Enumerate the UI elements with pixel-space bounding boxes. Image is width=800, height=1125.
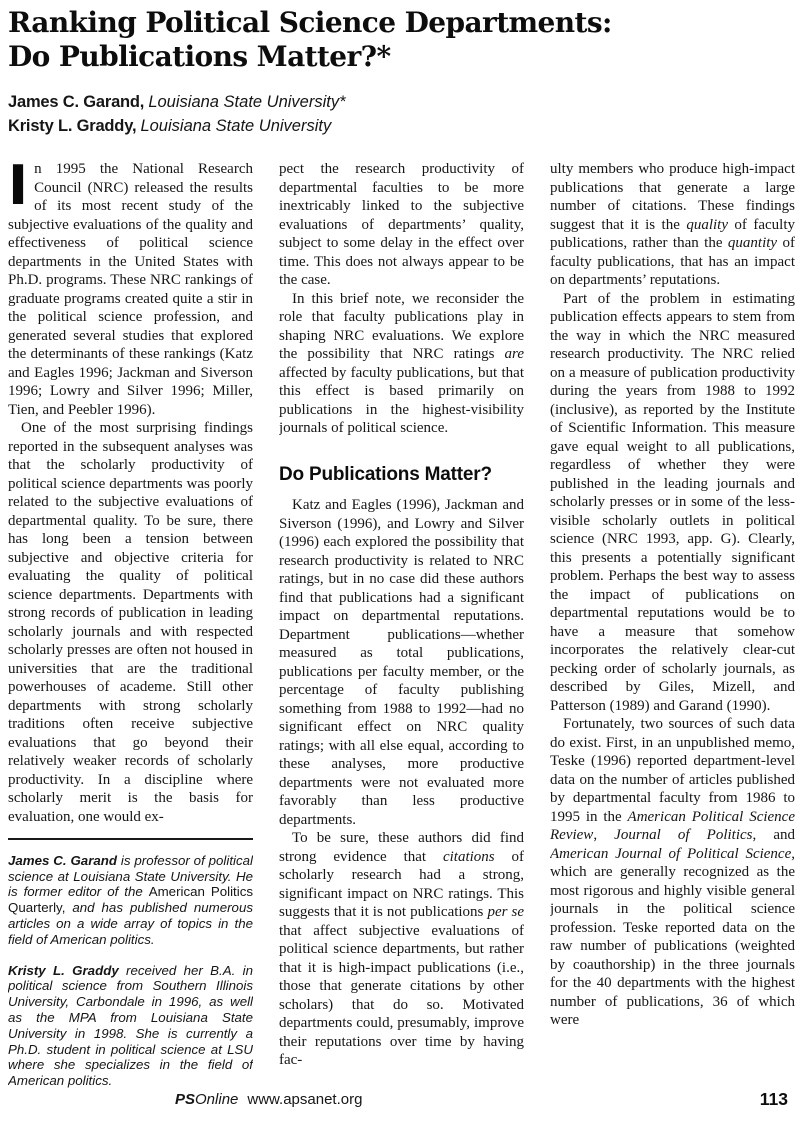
body-paragraph: To be sure, these authors did find stron… <box>279 829 524 1070</box>
bio-paragraph: Kristy L. Graddy received her B.A. in po… <box>8 963 253 1089</box>
article-title: Ranking Political Science Departments: D… <box>8 6 792 74</box>
column-2: pect the research productivity of depart… <box>279 160 524 1089</box>
text-run: per se <box>487 904 524 920</box>
body-paragraph: In this brief note, we reconsider the ro… <box>279 290 524 438</box>
author-block: James C. Garand, Louisiana State Univers… <box>8 90 792 138</box>
body-paragraph: One of the most surprising findings repo… <box>8 419 253 826</box>
text-run: , <box>593 827 614 843</box>
text-run: are <box>505 346 524 362</box>
column-3: ulty members who produce high-impact pub… <box>550 160 795 1089</box>
bio-paragraph: James C. Garand is professor of politica… <box>8 853 253 948</box>
body-paragraph: pect the research productivity of depart… <box>279 160 524 290</box>
text-run: Journal of Politics <box>614 827 752 843</box>
text-run: American Journal of Political Science <box>550 846 791 862</box>
journal-name-ps: PS <box>175 1091 195 1108</box>
text-run: Part of the problem in estimating public… <box>550 291 795 714</box>
paper-page: { "colors": { "ink": "#161616", "backgro… <box>0 0 800 1125</box>
journal-url: www.apsanet.org <box>247 1091 362 1108</box>
text-run: James C. Garand <box>8 853 117 868</box>
title-line-2: Do Publications Matter?* <box>8 40 792 74</box>
article-body: In 1995 the National Research Council (N… <box>8 160 792 1089</box>
text-run: , and <box>753 827 796 843</box>
text-run: , which are generally recognized as the … <box>550 846 795 1029</box>
text-run: citations <box>443 849 495 865</box>
page-footer: PSOnlinewww.apsanet.org 113 <box>0 1091 800 1113</box>
journal-brand: PSOnlinewww.apsanet.org <box>175 1091 362 1108</box>
body-paragraph: ulty members who produce high-impact pub… <box>550 160 795 290</box>
column-1: In 1995 the National Research Council (N… <box>8 160 253 1089</box>
body-paragraph: In 1995 the National Research Council (N… <box>8 160 253 419</box>
author-bio-footnote: James C. Garand is professor of politica… <box>8 838 253 1089</box>
drop-cap: I <box>8 163 28 209</box>
body-paragraph: Katz and Eagles (1996), Jackman and Sive… <box>279 496 524 829</box>
page-number: 113 <box>760 1089 788 1110</box>
section-heading: Do Publications Matter? <box>279 466 524 485</box>
author-name: James C. Garand, <box>8 93 144 111</box>
body-paragraph: Part of the problem in estimating public… <box>550 290 795 716</box>
text-run: affected by faculty publications, but th… <box>279 365 524 437</box>
body-paragraph: Fortunately, two sources of such data do… <box>550 715 795 1030</box>
author-name: Kristy L. Graddy, <box>8 117 136 135</box>
text-run: quality <box>686 217 728 233</box>
journal-name-online: Online <box>195 1091 238 1108</box>
author-line-2: Kristy L. Graddy, Louisiana State Univer… <box>8 114 792 138</box>
article-page: Ranking Political Science Departments: D… <box>0 0 800 1089</box>
title-line-1: Ranking Political Science Departments: <box>8 6 792 40</box>
text-run: pect the research productivity of depart… <box>279 161 524 288</box>
text-run: Kristy L. Graddy <box>8 963 119 978</box>
author-affiliation: Louisiana State University* <box>148 93 345 111</box>
text-run: One of the most surprising findings repo… <box>8 420 253 825</box>
text-run: quantity <box>728 235 777 251</box>
text-run: In this brief note, we reconsider the ro… <box>279 291 524 363</box>
text-run: n 1995 the National Research Council (NR… <box>8 161 253 418</box>
text-run: that affect subjective evaluations of po… <box>279 923 524 1069</box>
text-run: received her B.A. in political science f… <box>8 963 253 1089</box>
text-run: Katz and Eagles (1996), Jackman and Sive… <box>279 497 524 828</box>
author-affiliation: Louisiana State University <box>140 117 331 135</box>
author-line-1: James C. Garand, Louisiana State Univers… <box>8 90 792 114</box>
